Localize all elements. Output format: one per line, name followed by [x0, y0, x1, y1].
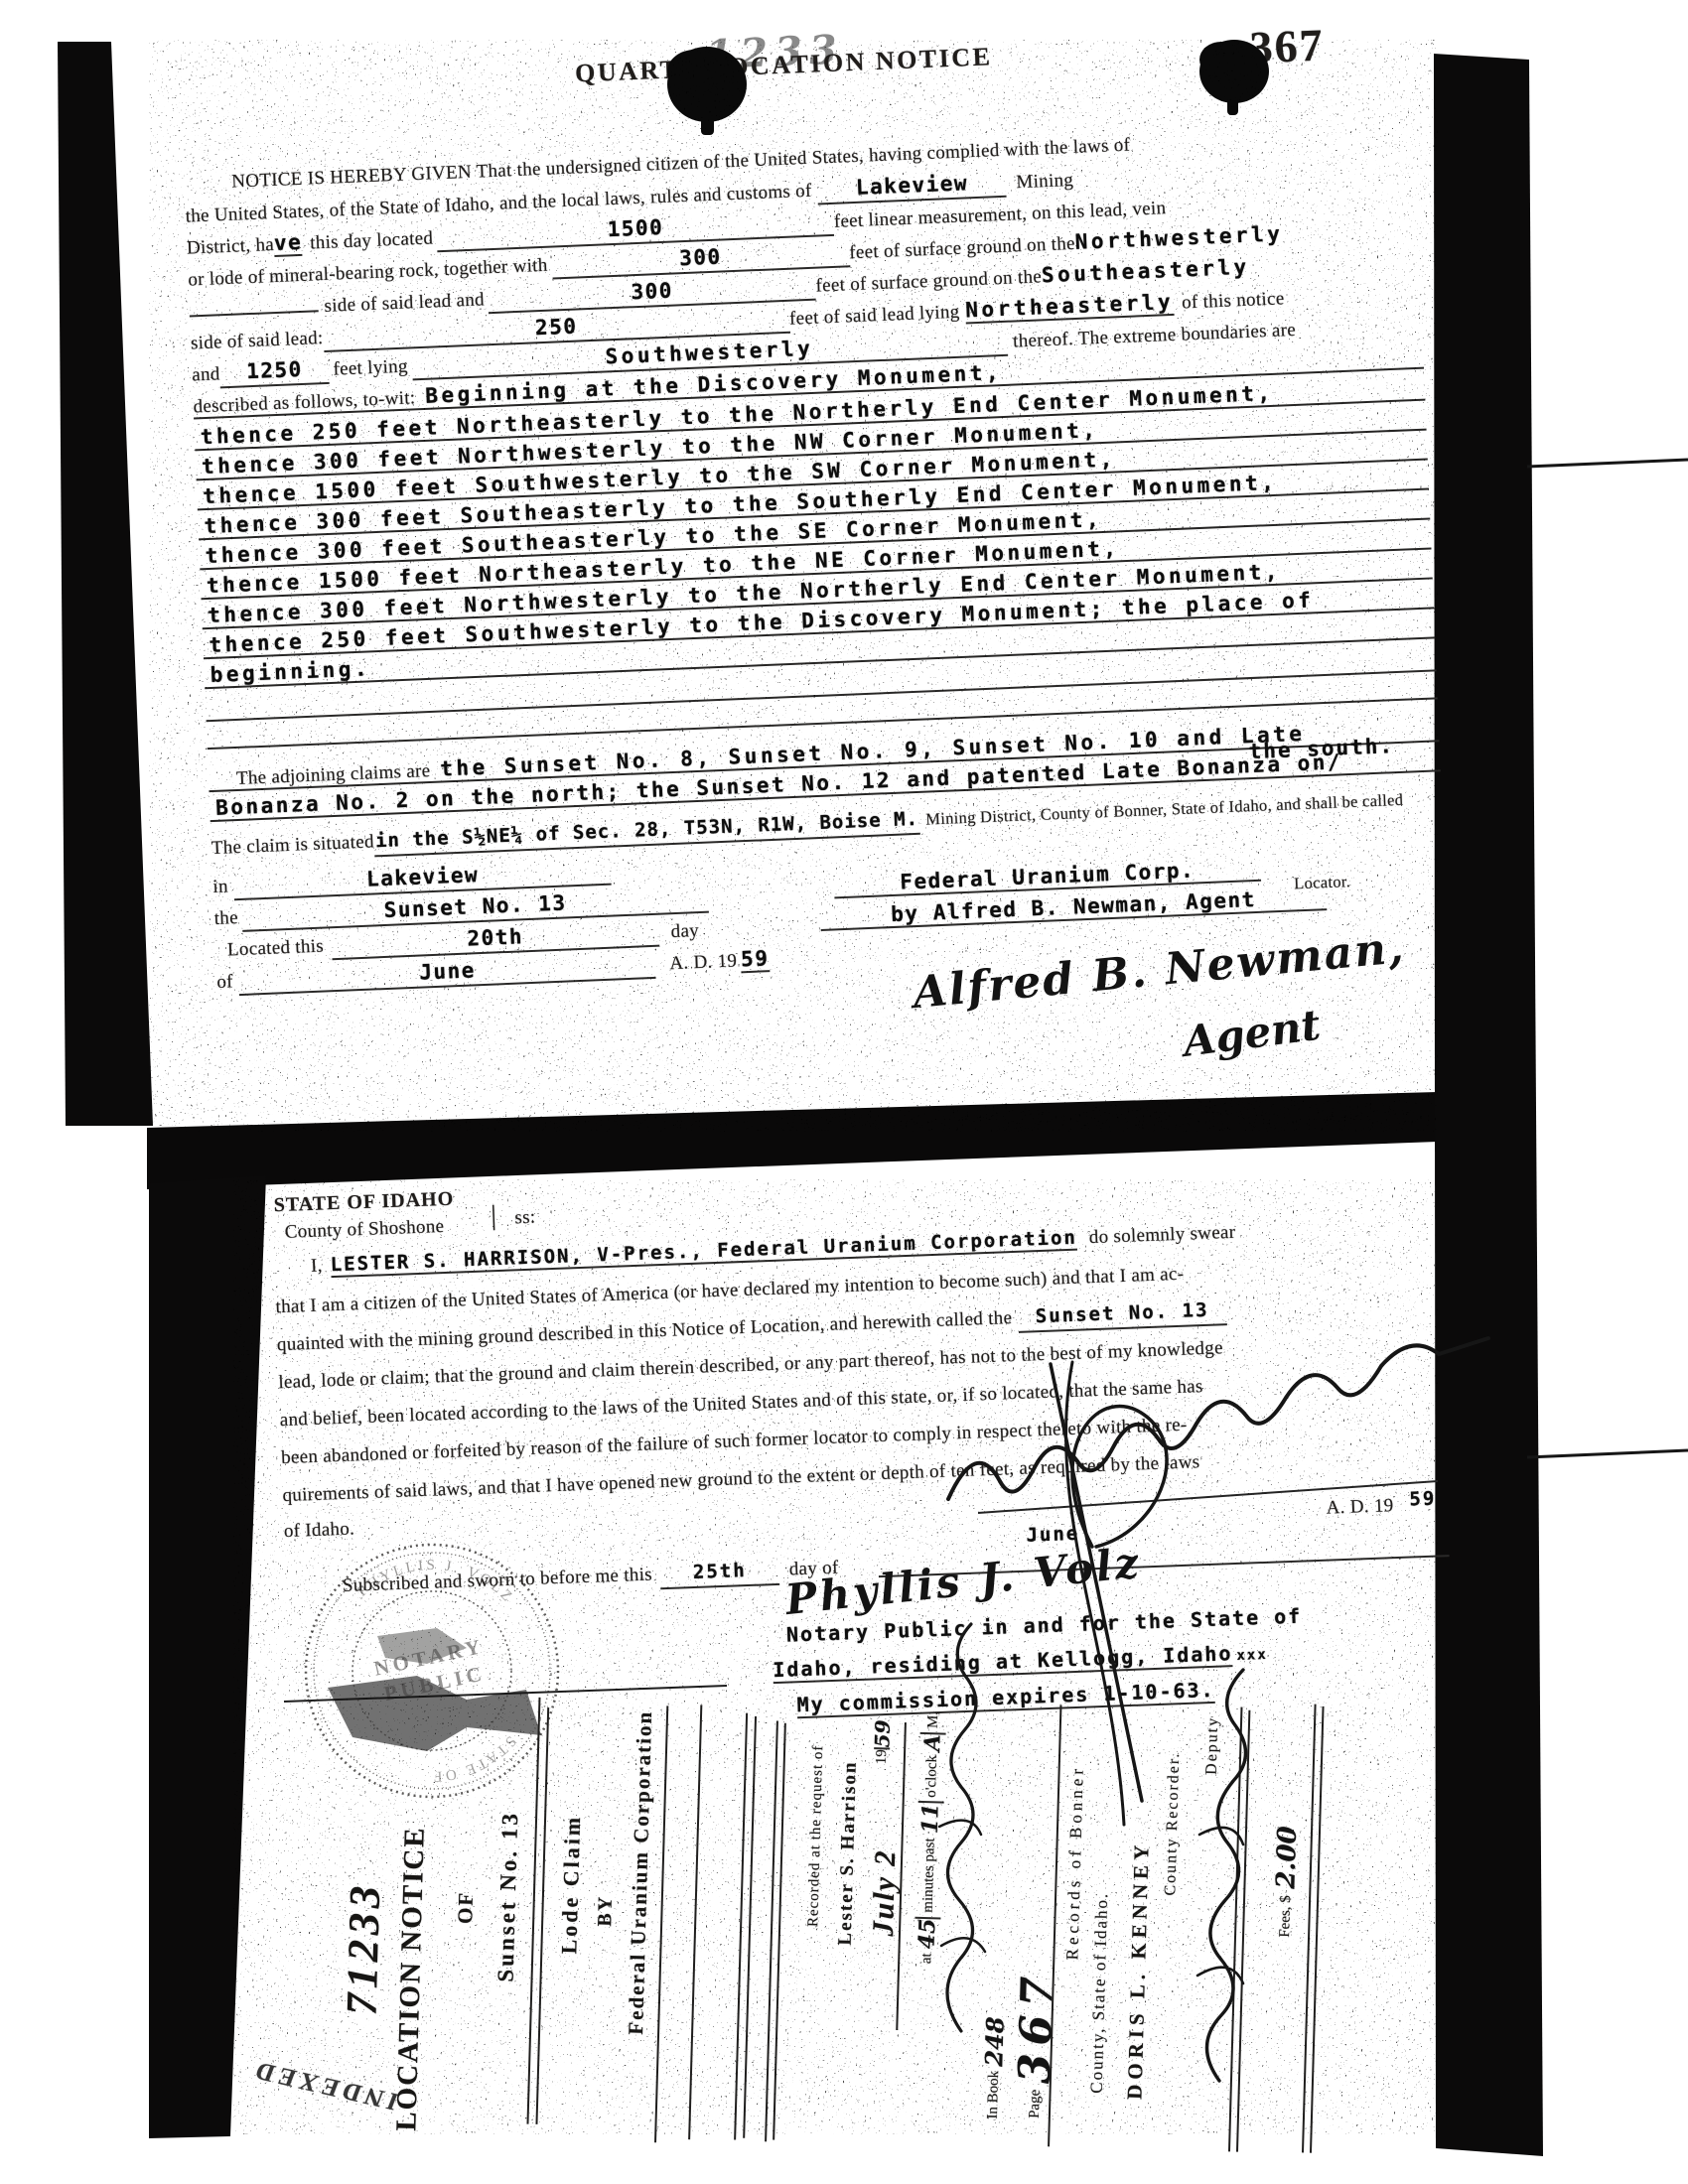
notary-line-2: Idaho, residing at Kellogg, Idahoxxx	[773, 1640, 1268, 1682]
recording-title: LOCATION NOTICE	[390, 1826, 432, 2131]
form-text: Mining	[1016, 170, 1074, 193]
year-hand: 59	[870, 1719, 895, 1748]
form-text: feet of surface ground on the	[815, 266, 1042, 296]
form-text: feet lying	[333, 356, 408, 380]
notary-xxx: xxx	[1236, 1647, 1268, 1664]
course-text: beginning.	[210, 656, 370, 687]
recording-stamp-block: 71233 LOCATION NOTICE OF Sunset No. 13 L…	[285, 1676, 1440, 2174]
page-number-stamp: 367	[1249, 18, 1326, 73]
form-text: of	[216, 971, 233, 993]
year-fill: 59	[741, 946, 770, 973]
records-of: Records of Bonner	[1062, 1765, 1087, 1961]
form-text: and	[192, 363, 220, 385]
form-text: this day located	[310, 227, 434, 253]
form-text: feet of surface ground on the	[849, 233, 1075, 263]
recording-date-hand: July 2	[867, 1848, 903, 1937]
fees-line: Fees, $2.00	[1270, 1820, 1303, 1938]
blank-rule	[189, 294, 319, 317]
form-text: of this notice	[1182, 288, 1285, 313]
scan-edge-left-bottom	[149, 1175, 266, 2138]
scan-edge-left-top	[58, 42, 153, 1126]
subscribed-line: Subscribed and sworn to before me this25…	[342, 1555, 839, 1599]
form-text: thereof. The extreme boundaries are	[1013, 320, 1297, 352]
fees-hand: 2.00	[1271, 1826, 1303, 1889]
recording-by: BY	[594, 1894, 618, 1926]
margin-tick-1	[1527, 460, 1688, 467]
form-text: side of said lead and	[324, 289, 485, 317]
form-text: District, ha	[187, 234, 275, 259]
recorder-name: DORIS L. KENNEY	[1122, 1840, 1154, 2100]
have-fill: ve	[273, 230, 302, 257]
at-label: at	[918, 1953, 934, 1964]
locator-signature-title: Agent	[1181, 1001, 1324, 1066]
sworn-day-fill: 25th	[659, 1557, 779, 1589]
form-text: day	[670, 920, 699, 942]
form-text: feet of said lead lying	[789, 302, 960, 330]
page-label: Page	[1027, 2090, 1044, 2119]
notary-residence: Idaho, residing at Kellogg, Idaho	[773, 1641, 1233, 1684]
scan-edge-right	[1434, 54, 1543, 2156]
form-text: of Idaho.	[283, 1518, 354, 1542]
page-hand: 367	[1010, 1968, 1063, 2084]
oclock-label: o'clock	[923, 1755, 940, 1798]
state-label: STATE OF IDAHO	[273, 1188, 454, 1218]
claim-name-fill: Sunset No. 13	[1018, 1297, 1227, 1333]
ss-brace: |	[491, 1200, 497, 1232]
situated-fill: in the S½NE¼ of Sec. 28, T53N, R1W, Bois…	[373, 806, 920, 858]
fees-label: Fees, $	[1277, 1895, 1294, 1938]
minutes-hand: 45	[914, 1916, 941, 1949]
direction-fill-2: Southeasterly	[1041, 255, 1250, 288]
form-text: A. D. 19	[669, 950, 738, 974]
book-hand: 248	[979, 2016, 1009, 2067]
rule	[1302, 1705, 1317, 2153]
recording-time-line: at45minutes past11o'clockAM,	[914, 1711, 946, 1965]
form-text: described as follows, to-wit:	[193, 387, 416, 417]
sworn-year-fill: 59	[1409, 1488, 1437, 1511]
location-notice-page: 1233 QUARTZ LOCATION NOTICE 367 NOTICE I…	[149, 2, 1478, 1141]
deputy-label: Deputy	[1203, 1716, 1223, 1776]
recording-company: Federal Uranium Corporation	[624, 1709, 657, 2035]
recorder-title: County Recorder.	[1162, 1751, 1184, 1895]
recording-year: 1959	[870, 1719, 895, 1764]
ad-label: A. D. 19	[1326, 1495, 1394, 1519]
form-text: the	[213, 907, 238, 929]
county-state: County, State of Idaho.	[1087, 1891, 1113, 2094]
form-text: I,	[311, 1256, 323, 1277]
in-book-line: In Book248	[978, 2012, 1010, 2119]
locator-label: Locator.	[1294, 872, 1351, 893]
ampm-hand: A	[919, 1732, 946, 1752]
direction-fill: Northwesterly	[1074, 221, 1284, 254]
form-text: The claim is situated	[211, 831, 374, 859]
rule	[654, 1706, 668, 2142]
year-printed: 19	[874, 1747, 890, 1764]
requester-name: Lester S. Harrison	[835, 1760, 862, 1946]
form-text: Subscribed and sworn to before me this	[343, 1565, 653, 1596]
m-label: M,	[925, 1711, 941, 1729]
margin-tick-2	[1527, 1450, 1688, 1457]
recording-claim-name: Sunset No. 13	[492, 1811, 523, 1982]
form-text: in	[212, 876, 228, 897]
county-label: County of Shoshone	[284, 1216, 444, 1244]
form-text: Located this	[227, 936, 325, 961]
hour-hand: 11	[917, 1801, 944, 1834]
in-book-label: In Book	[985, 2071, 1002, 2119]
rule	[1228, 1707, 1243, 2152]
form-text: Mining District, County of Bonner, State…	[925, 790, 1404, 829]
locator-signature: Alfred B. Newman,	[911, 922, 1407, 1019]
form-text: The adjoining claims are	[236, 760, 431, 789]
affidavit-body-7: of Idaho.	[283, 1516, 354, 1546]
rule	[688, 1705, 702, 2139]
direction-fill-3: Northeasterly	[965, 290, 1175, 325]
form-text: do solemnly swear	[1088, 1222, 1235, 1248]
ss-label: ss:	[514, 1207, 536, 1230]
sworn-month-fill: June	[1026, 1523, 1080, 1547]
document-number-hand: 71233	[336, 1880, 390, 2015]
form-text: side of said lead:	[191, 328, 324, 353]
minutes-label: minutes past	[920, 1838, 938, 1913]
district-fill: Lakeview	[817, 169, 1007, 205]
feet-fill: 1250	[219, 355, 330, 388]
page-line: Page367	[1009, 1962, 1063, 2118]
affidavit-page: STATE OF IDAHO County of Shoshone | ss: …	[253, 1139, 1479, 1753]
recording-of: OF	[453, 1890, 479, 1924]
recording-lode-claim: Lode Claim	[556, 1814, 586, 1954]
recorded-at-request: Recorded at the request of	[805, 1744, 827, 1927]
